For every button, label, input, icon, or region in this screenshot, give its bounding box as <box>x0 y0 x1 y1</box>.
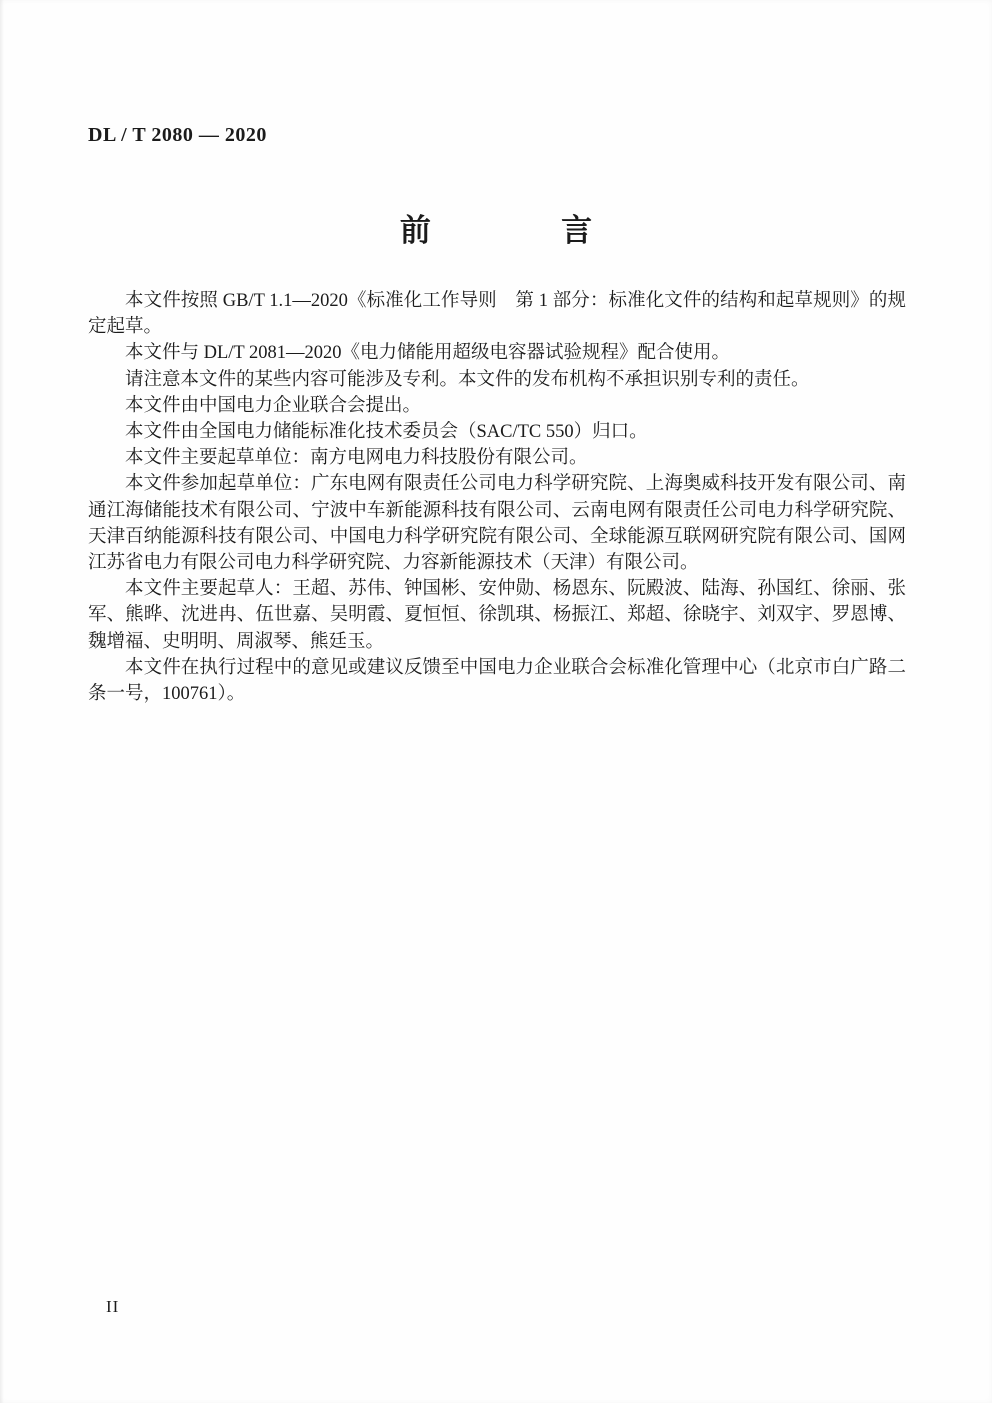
standard-number-header: DL / T 2080 — 2020 <box>88 124 267 147</box>
page-number: II <box>106 1297 119 1317</box>
page-title: 前 言 <box>0 205 992 250</box>
document-page: DL / T 2080 — 2020 前 言 本文件按照 GB/T 1.1—20… <box>0 0 992 1403</box>
paragraph-centralized-by: 本文件由全国电力储能标准化技术委员会（SAC/TC 550）归口。 <box>88 419 906 445</box>
paragraph-patent-notice: 请注意本文件的某些内容可能涉及专利。本文件的发布机构不承担识别专利的责任。 <box>88 367 906 393</box>
foreword-body: 本文件按照 GB/T 1.1—2020《标准化工作导则 第 1 部分：标准化文件… <box>88 288 906 707</box>
paragraph-proposed-by: 本文件由中国电力企业联合会提出。 <box>88 393 906 419</box>
paragraph-drafting-basis: 本文件按照 GB/T 1.1—2020《标准化工作导则 第 1 部分：标准化文件… <box>88 288 906 340</box>
paragraph-participating-orgs: 本文件参加起草单位：广东电网有限责任公司电力科学研究院、上海奥威科技开发有限公司… <box>88 471 906 576</box>
paragraph-main-drafters: 本文件主要起草人：王超、苏伟、钟国彬、安仲勋、杨恩东、阮殿波、陆海、孙国红、徐丽… <box>88 576 906 655</box>
paragraph-feedback-address: 本文件在执行过程中的意见或建议反馈至中国电力企业联合会标准化管理中心（北京市白广… <box>88 655 906 707</box>
paragraph-companion-standard: 本文件与 DL/T 2081—2020《电力储能用超级电容器试验规程》配合使用。 <box>88 340 906 366</box>
paragraph-main-drafting-org: 本文件主要起草单位：南方电网电力科技股份有限公司。 <box>88 445 906 471</box>
